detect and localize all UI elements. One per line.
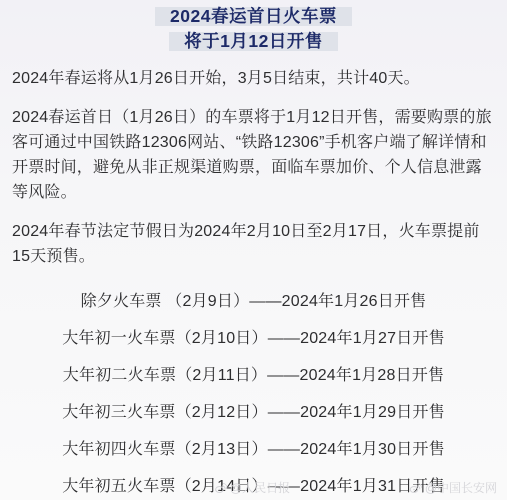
title-block: 2024春运首日火车票 将于1月12日开售 — [0, 0, 507, 51]
paragraph-duration: 2024年春运将从1月26日开始，3月5日结束，共计40天。 — [12, 66, 495, 91]
notice-body: 2024年春运将从1月26日开始，3月5日结束，共计40天。 2024春运首日（… — [0, 66, 507, 500]
schedule-item-chusan: 大年初三火车票（2月12日）——2024年1月29日开售 — [0, 394, 507, 431]
page-title-text-1: 2024春运首日火车票 — [155, 7, 352, 26]
schedule-item-chuer: 大年初二火车票（2月11日）——2024年1月28日开售 — [0, 357, 507, 394]
page-title-line-2: 将于1月12日开售 — [0, 32, 507, 51]
ticket-sale-schedule: 除夕火车票 （2月9日）——2024年1月26日开售 大年初一火车票（2月10日… — [0, 283, 507, 500]
paragraph-purchase-info: 2024春运首日（1月26日）的车票将于1月12日开售，需要购票的旅客可通过中国… — [12, 105, 495, 205]
spring-festival-ticket-notice: 2024春运首日火车票 将于1月12日开售 2024年春运将从1月26日开始，3… — [0, 0, 507, 500]
schedule-item-chuyi: 大年初一火车票（2月10日）——2024年1月27日开售 — [0, 320, 507, 357]
paragraph-holiday-presale: 2024年春节法定节假日为2024年2月10日至2月17日，火车票提前15天预售… — [12, 219, 495, 269]
page-title-text-2: 将于1月12日开售 — [169, 32, 338, 51]
schedule-item-chuxi: 除夕火车票 （2月9日）——2024年1月26日开售 — [0, 283, 507, 320]
page-title-line-1: 2024春运首日火车票 — [0, 7, 507, 26]
schedule-item-chusi: 大年初四火车票（2月13日）——2024年1月30日开售 — [0, 431, 507, 468]
schedule-item-chuwu: 大年初五火车票（2月14日）——2024年1月31日开售 — [0, 468, 507, 500]
